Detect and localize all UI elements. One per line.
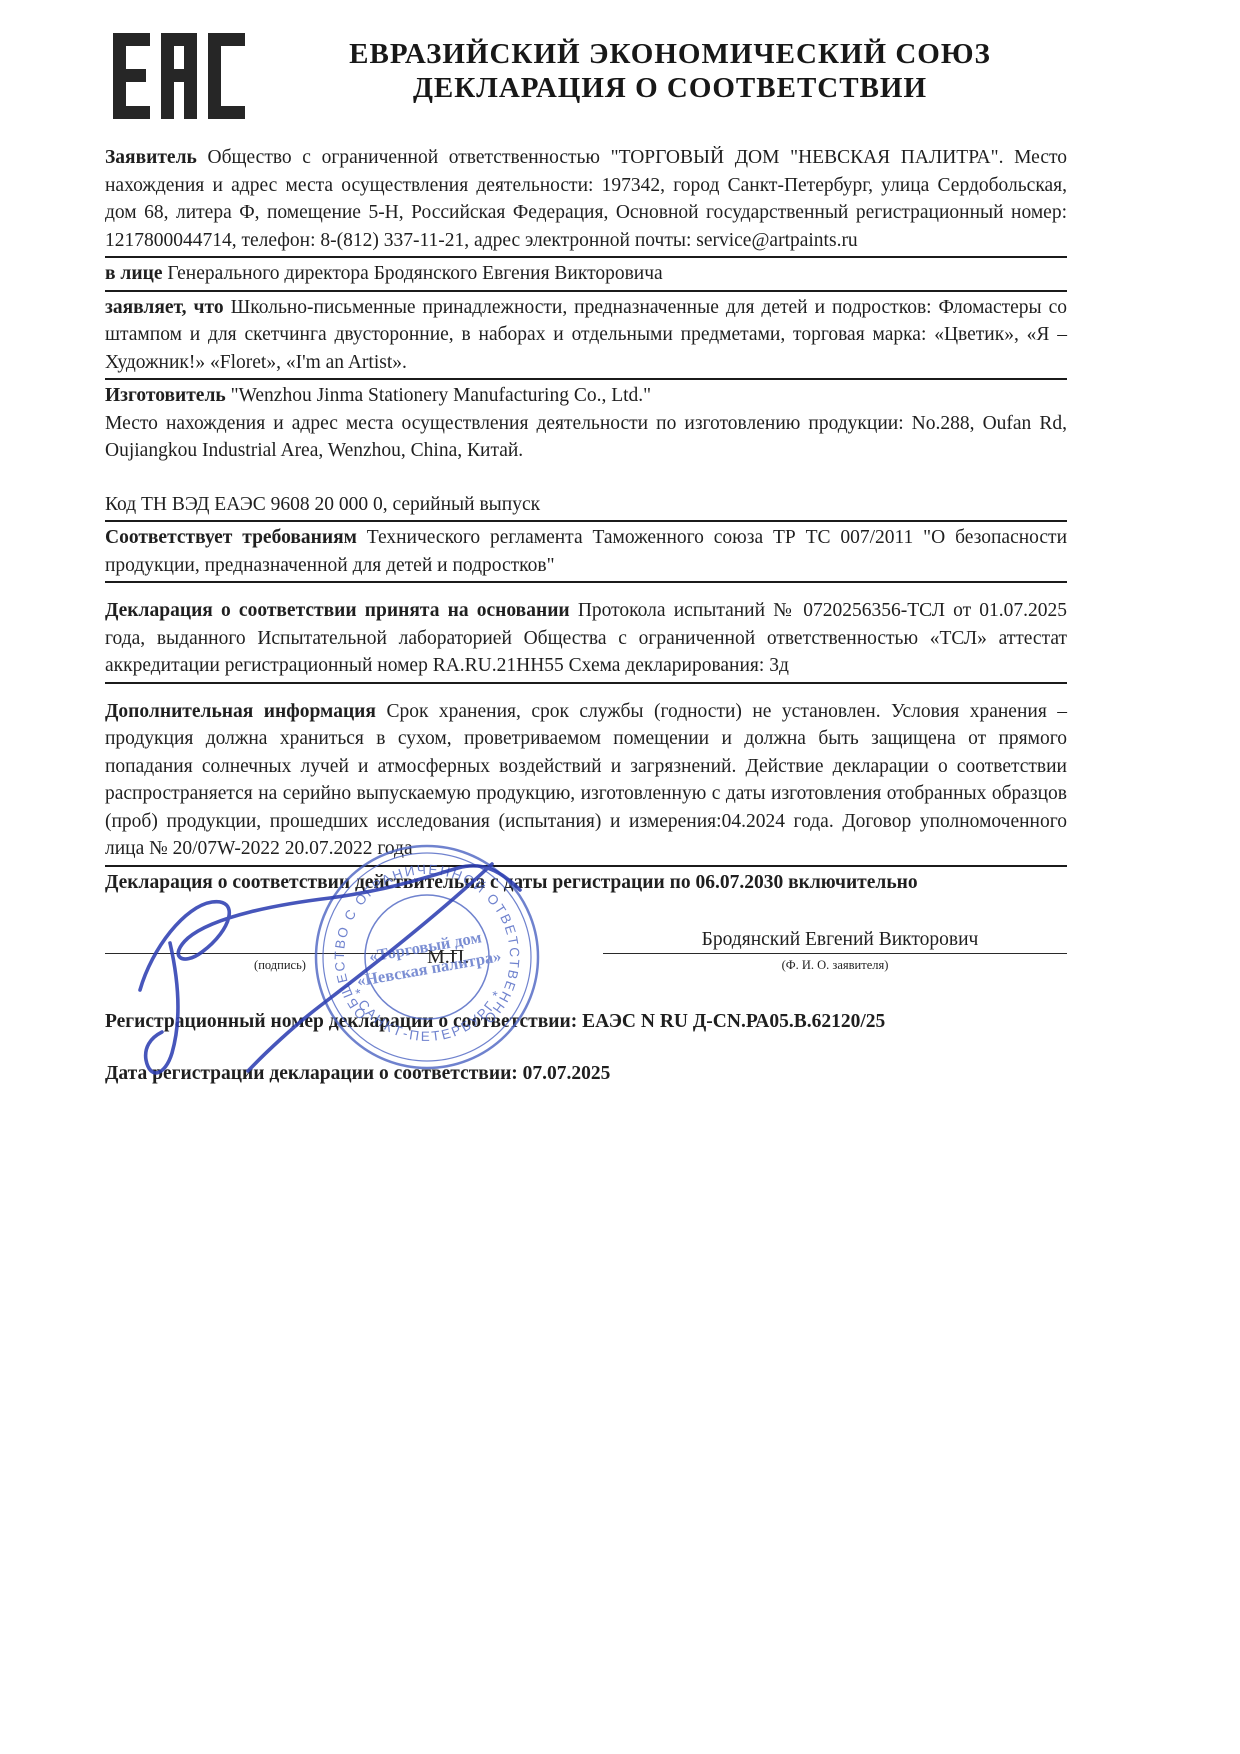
- divider: [105, 865, 1067, 867]
- person-label: в лице: [105, 263, 162, 284]
- name-line: [603, 953, 1067, 954]
- signature-caption: (подпись): [160, 957, 400, 973]
- validity-line: Декларация о соответствии действительна …: [105, 869, 1067, 897]
- manufacturer-text: "Wenzhou Jinma Stationery Manufacturing …: [231, 385, 652, 406]
- applicant-text: Общество с ограниченной ответственностью…: [105, 147, 1067, 251]
- declaration-document: ЕВРАЗИЙСКИЙ ЭКОНОМИЧЕСКИЙ СОЮЗ ДЕКЛАРАЦИ…: [0, 0, 1240, 1754]
- applicant-label: Заявитель: [105, 147, 197, 168]
- divider: [105, 378, 1067, 380]
- eac-logo: [113, 33, 245, 119]
- additional-info-label: Дополнительная информация: [105, 701, 376, 722]
- registration-date-label: Дата регистрации декларации о соответств…: [105, 1063, 518, 1084]
- manufacturer-paragraph: Изготовитель "Wenzhou Jinma Stationery M…: [105, 382, 1067, 410]
- document-body: Заявитель Общество с ограниченной ответс…: [105, 144, 1067, 1087]
- additional-info-text: Срок хранения, срок службы (годности) не…: [105, 701, 1067, 860]
- spacer: [105, 686, 1067, 698]
- title-line1: ЕВРАЗИЙСКИЙ ЭКОНОМИЧЕСКИЙ СОЮЗ: [300, 38, 1040, 72]
- registration-date-value: 07.07.2025: [523, 1063, 611, 1084]
- applicant-name: Бродянский Евгений Викторович: [605, 926, 1075, 954]
- compliance-label: Соответствует требованиям: [105, 527, 357, 548]
- seal-place-label: М.П.: [427, 946, 469, 969]
- applicant-paragraph: Заявитель Общество с ограниченной ответс…: [105, 144, 1067, 254]
- signature-block: Бродянский Евгений Викторович (подпись) …: [105, 896, 1067, 992]
- declares-text: Школьно-письменные принадлежности, предн…: [105, 297, 1067, 373]
- person-text: Генерального директора Бродянского Евген…: [167, 263, 662, 284]
- manufacturer-address-paragraph: Место нахождения и адрес места осуществл…: [105, 410, 1067, 465]
- basis-label: Декларация о соответствии принята на осн…: [105, 600, 570, 621]
- divider: [105, 682, 1067, 684]
- tnved-code-line: Код ТН ВЭД ЕАЭС 9608 20 000 0, серийный …: [105, 491, 1067, 519]
- eac-logo-icon: [113, 33, 245, 119]
- signature-line: [105, 953, 457, 954]
- manufacturer-label: Изготовитель: [105, 385, 226, 406]
- registration-number-line: Регистрационный номер декларации о соотв…: [105, 1008, 1067, 1036]
- basis-paragraph: Декларация о соответствии принята на осн…: [105, 597, 1067, 680]
- divider: [105, 290, 1067, 292]
- registration-number-value: ЕАЭС N RU Д-CN.РА05.В.62120/25: [582, 1011, 885, 1032]
- spacer: [105, 585, 1067, 597]
- compliance-paragraph: Соответствует требованиям Технического р…: [105, 524, 1067, 579]
- spacer: [105, 465, 1067, 491]
- title-line2: ДЕКЛАРАЦИЯ О СООТВЕТСТВИИ: [300, 72, 1040, 106]
- declares-label: заявляет, что: [105, 297, 224, 318]
- registration-number-label: Регистрационный номер декларации о соотв…: [105, 1011, 577, 1032]
- registration-date-line: Дата регистрации декларации о соответств…: [105, 1060, 1067, 1088]
- name-caption: (Ф. И. О. заявителя): [603, 957, 1067, 973]
- person-paragraph: в лице Генерального директора Бродянског…: [105, 260, 1067, 288]
- additional-info-paragraph: Дополнительная информация Срок хранения,…: [105, 698, 1067, 863]
- divider: [105, 520, 1067, 522]
- divider: [105, 256, 1067, 258]
- divider: [105, 581, 1067, 583]
- document-title: ЕВРАЗИЙСКИЙ ЭКОНОМИЧЕСКИЙ СОЮЗ ДЕКЛАРАЦИ…: [300, 38, 1040, 105]
- declares-paragraph: заявляет, что Школьно-письменные принадл…: [105, 294, 1067, 377]
